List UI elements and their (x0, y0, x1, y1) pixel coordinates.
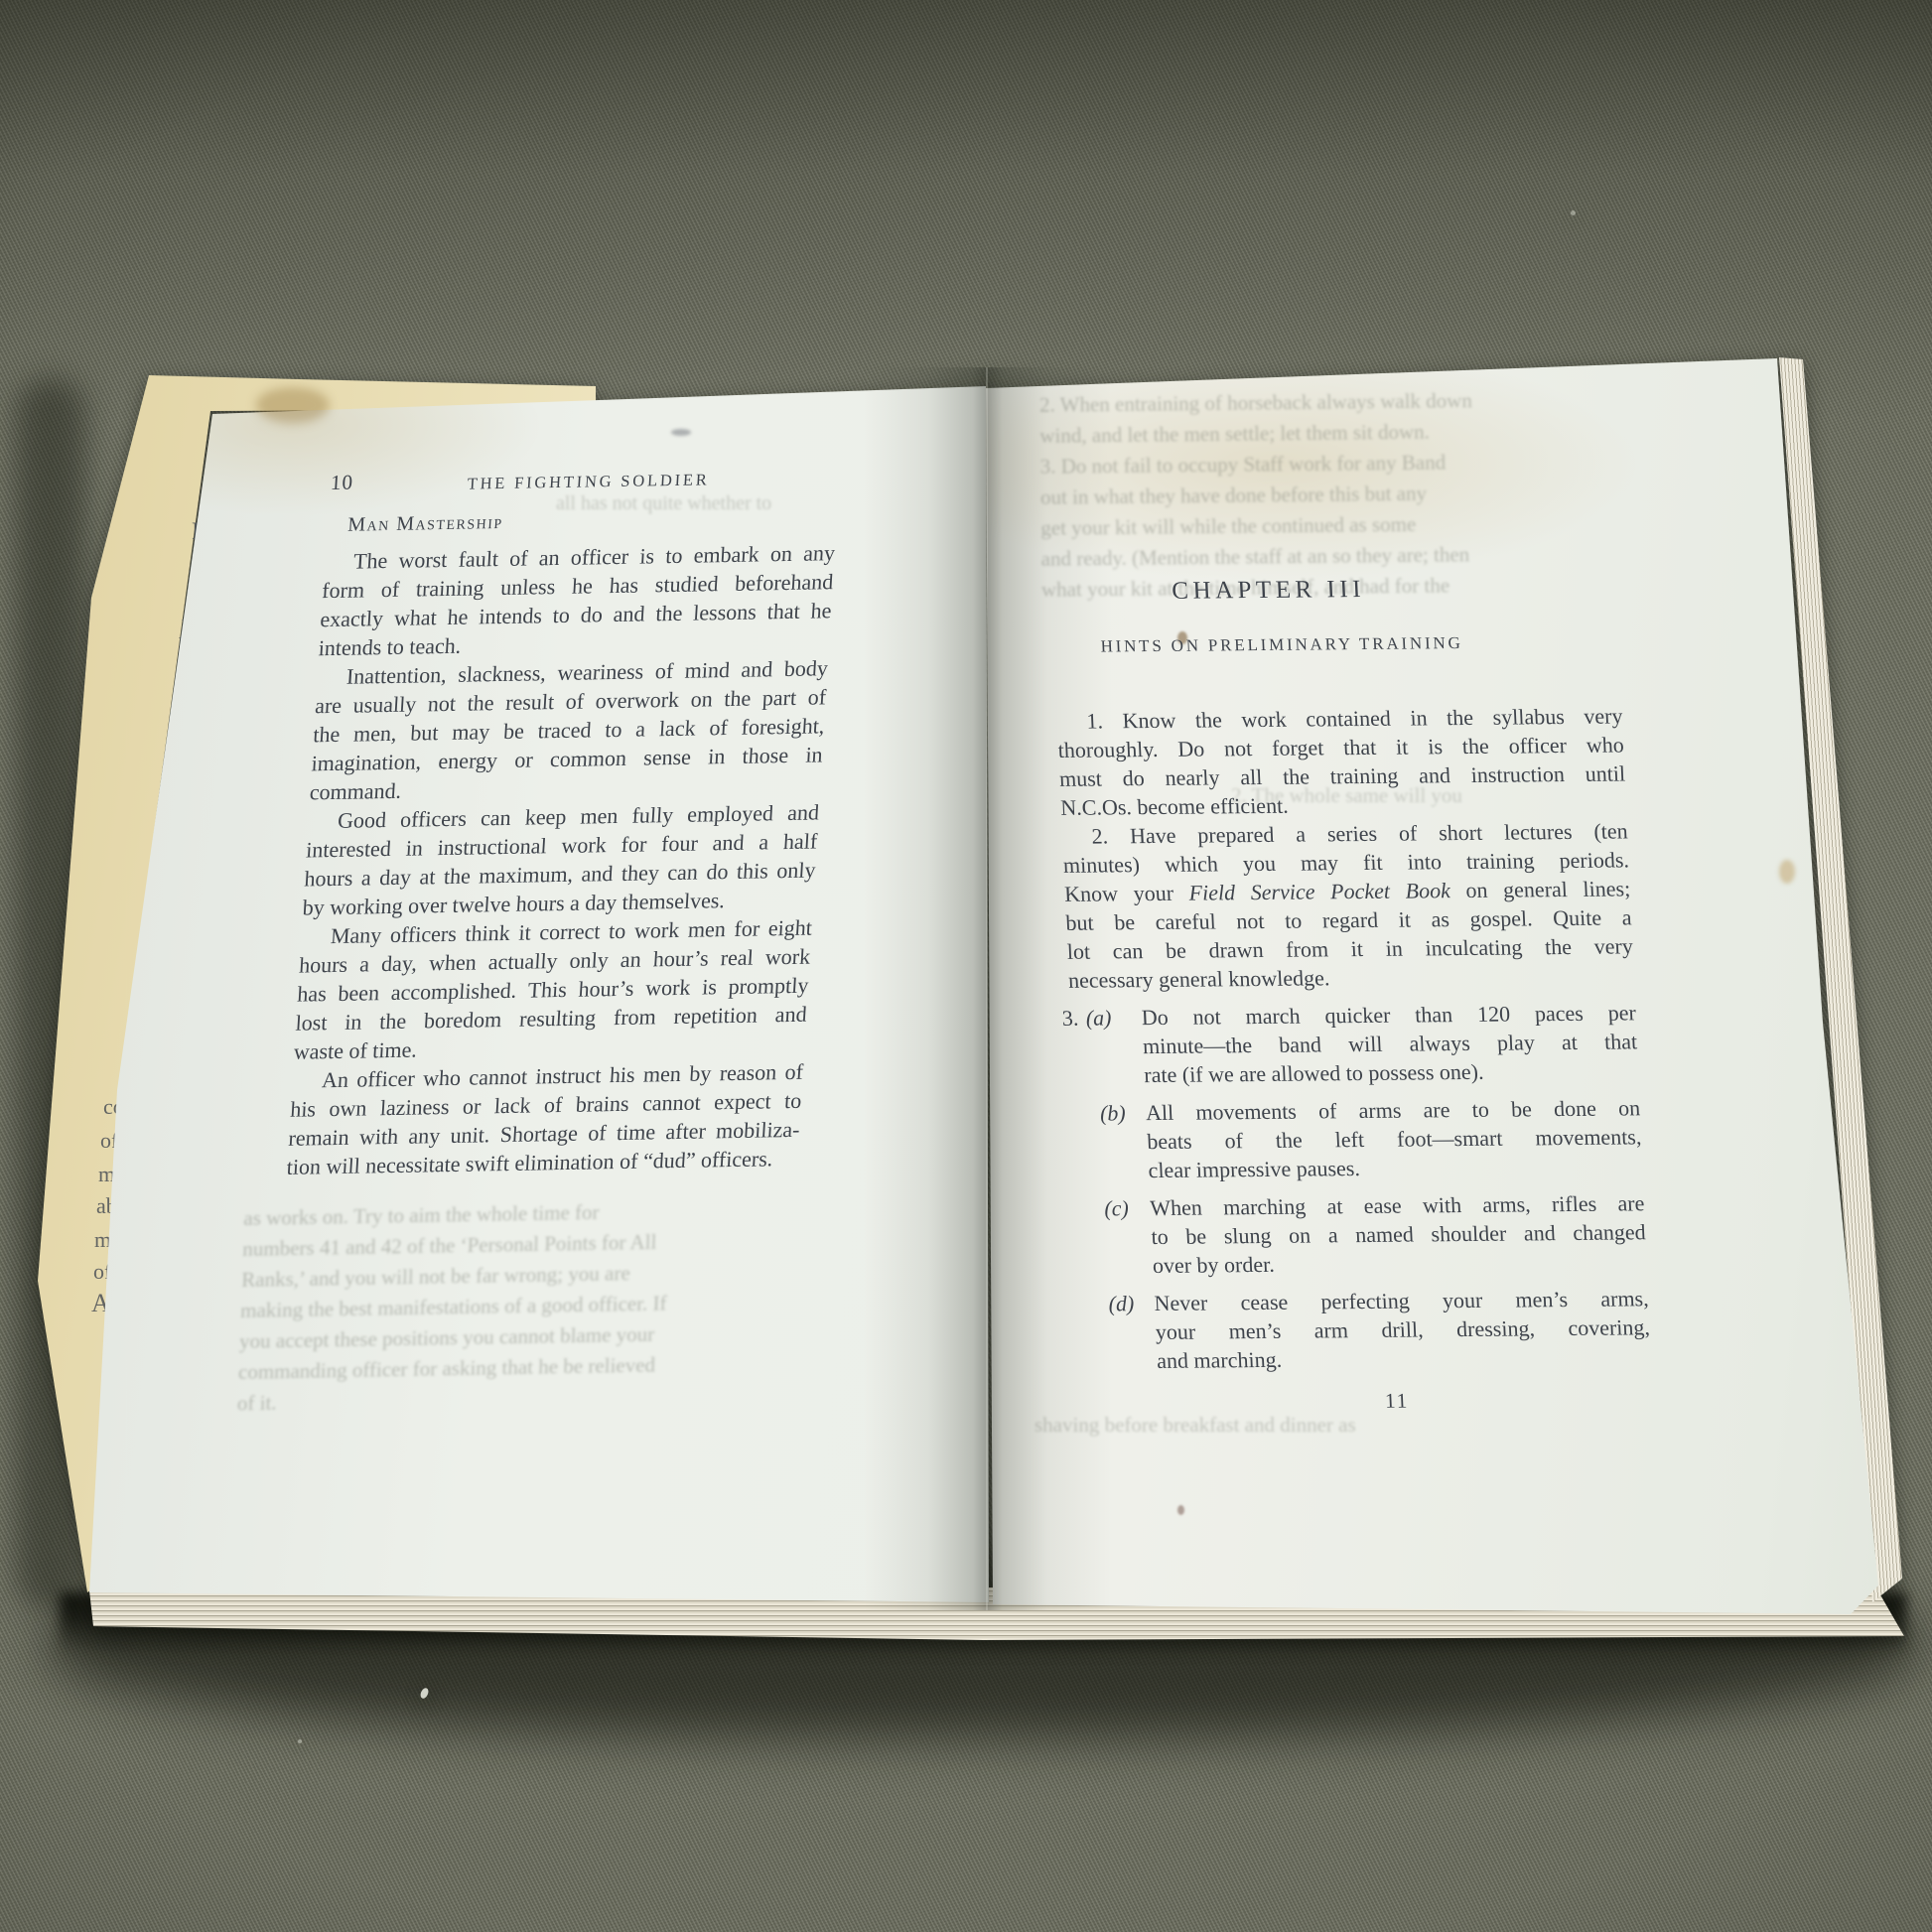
body-text: Know your (1064, 881, 1190, 906)
stain (256, 387, 330, 423)
page-number: 10 (330, 469, 354, 497)
item-letter: (d) (1108, 1289, 1135, 1317)
body-line: Never cease perfecting your men’s arms, (1154, 1284, 1649, 1317)
stain (1177, 1505, 1184, 1515)
item-number: 3. (1061, 1004, 1079, 1033)
body-line: clear impressive pauses. (1148, 1151, 1643, 1184)
running-title: THE FIGHTING SOLDIER (467, 465, 711, 497)
chapter-heading: CHAPTER III (985, 573, 1552, 607)
right-page-text: CHAPTER III HINTS ON PRELIMINARY TRAININ… (1050, 573, 1654, 1419)
body-line: to be slung on a named shoulder and chan… (1151, 1217, 1646, 1251)
open-book: F A t o M tl fi sp as e fi M cc co of m … (0, 0, 1932, 1932)
item-letter: (b) (1099, 1098, 1126, 1127)
list-item-b: (b) All movements of arms are to be done… (1073, 1093, 1643, 1184)
bleed-through-text: as works on. Try to aim the whole time f… (236, 1193, 788, 1419)
body-text: on general lines; (1449, 876, 1630, 902)
item-letter: (c) (1104, 1193, 1130, 1222)
left-page-text: 10 THE FIGHTING SOLDIER Man Mastership T… (286, 458, 841, 1181)
body-line: rate (if we are allowed to possess one). (1144, 1055, 1639, 1089)
lint-fleck (298, 1739, 302, 1743)
item-letter: (a) (1085, 1003, 1112, 1032)
body-line: When marching at ease with arms, rifles … (1150, 1188, 1645, 1222)
body-line: minute—the band will always play at that (1142, 1027, 1637, 1060)
chapter-subheading: HINTS ON PRELIMINARY TRAINING (998, 627, 1565, 661)
page-number: 11 (1384, 1384, 1653, 1416)
lint-fleck (1571, 210, 1576, 215)
list-item-c: (c) When marching at ease with arms, rif… (1078, 1188, 1648, 1280)
bleed-through-text: 2. When entraining of horseback always w… (1039, 384, 1568, 606)
body-line: over by order. (1152, 1246, 1647, 1280)
body-line: Do not march quicker than 120 paces per (1141, 998, 1636, 1032)
right-page-body: 1. Know the work contained in the syllab… (1056, 701, 1654, 1418)
list-item-d: (d) Never cease perfecting your men’s ar… (1082, 1284, 1652, 1375)
section-heading: Man Mastership (346, 502, 838, 540)
stain (671, 429, 691, 436)
photo-scene: F A t o M tl fi sp as e fi M cc co of m … (0, 0, 1932, 1932)
body-line: beats of the left foot—smart movements, (1147, 1122, 1642, 1156)
body-line: your men’s arm drill, dressing, covering… (1155, 1312, 1650, 1346)
stain (1779, 860, 1795, 884)
body-line: must do nearly all the training and inst… (1058, 759, 1625, 792)
body-line: necessary general knowledge. (1067, 960, 1634, 994)
book-title-italic: Field Service Pocket Book (1188, 878, 1450, 905)
body-line: and marching. (1156, 1341, 1651, 1375)
body-line: lot can be drawn from it in inculcating … (1066, 931, 1633, 965)
list-item-3a: 3. (a) Do not march quicker than 120 pac… (1069, 998, 1639, 1089)
